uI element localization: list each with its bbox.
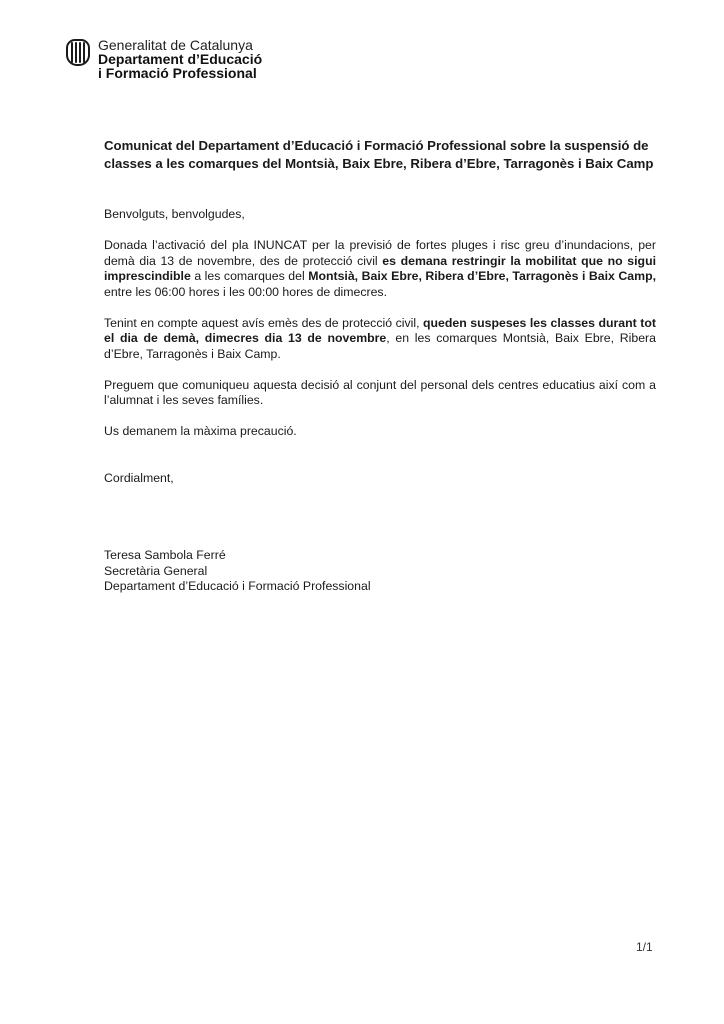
paragraph-inuncat: Donada l’activació del pla INUNCAT per l… <box>104 238 656 300</box>
logo-text: Generalitat de Catalunya Departament d’E… <box>98 38 262 80</box>
paragraph-caution: Us demanem la màxima precaució. <box>104 424 656 440</box>
paragraph-suspension: Tenint en compte aquest avís emès des de… <box>104 316 656 363</box>
signatory-name: Teresa Sambola Ferré <box>104 548 656 564</box>
closing: Cordialment, <box>104 471 656 487</box>
document-body: Comunicat del Departament d’Educació i F… <box>104 137 656 595</box>
signatory-role: Secretària General <box>104 564 656 580</box>
signatory-department: Departament d’Educació i Formació Profes… <box>104 579 656 595</box>
document-title: Comunicat del Departament d’Educació i F… <box>104 137 656 173</box>
page-number: 1/1 <box>636 940 653 954</box>
signature-block: Teresa Sambola Ferré Secretària General … <box>104 548 656 595</box>
generalitat-coat-of-arms-icon <box>66 39 90 66</box>
header-logo: Generalitat de Catalunya Departament d’E… <box>66 38 262 80</box>
greeting: Benvolguts, benvolgudes, <box>104 207 656 223</box>
logo-line-generalitat: Generalitat de Catalunya <box>98 38 262 52</box>
paragraph-communicate: Preguem que comuniqueu aquesta decisió a… <box>104 378 656 409</box>
emphasis-regions: Montsià, Baix Ebre, Ribera d’Ebre, Tarra… <box>308 269 656 283</box>
logo-line-department: Departament d’Educació <box>98 52 262 66</box>
logo-line-department-cont: i Formació Professional <box>98 66 262 80</box>
